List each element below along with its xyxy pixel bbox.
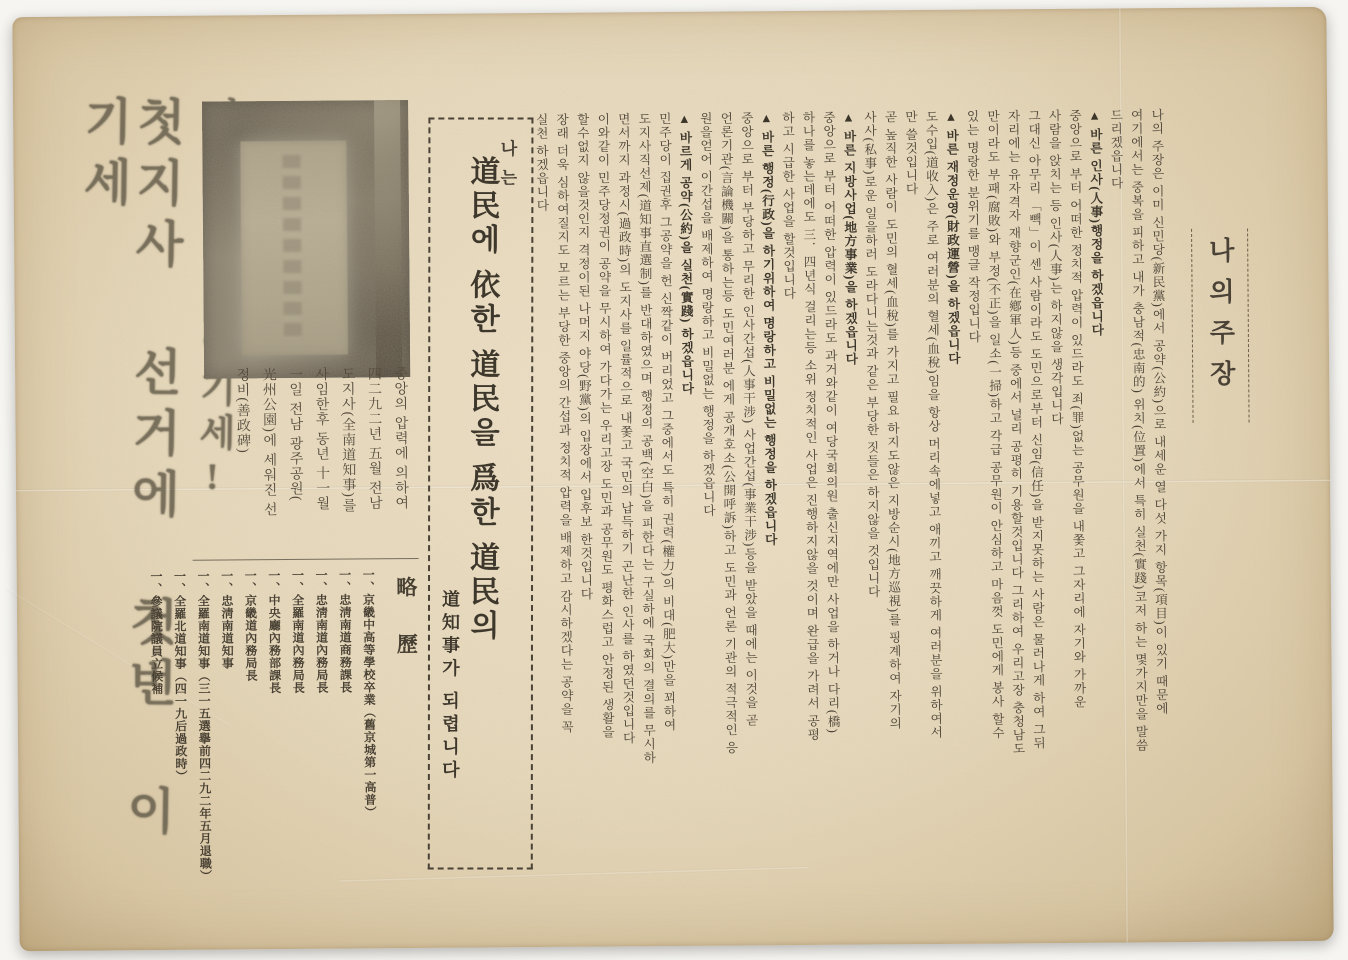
photo-caption: 중앙의 압력에 의하여四二九二년 五월 전남도지사(全南道知事)를사임한후 동년… (227, 366, 411, 567)
resume-item: 一、忠淸南道知事 (217, 569, 238, 895)
resume-item: 一、忠淸南道商務課長 (335, 569, 356, 895)
resume-item: 一、全羅南道知事（三一五選擧前四二九二年五月退職） (193, 570, 214, 896)
resume-item: 一、全羅南道內務局長 (288, 569, 309, 895)
photo-caption-line: 一일 전남 광주공원( (284, 367, 306, 567)
stele-shape (240, 141, 348, 356)
resume-item-list: 一、京畿中高等學校卒業（舊京城第一高普）一、忠淸南道商務課長一、忠淸南道內務局長… (146, 568, 379, 896)
photo-caption-line: 중앙의 압력에 의하여 (389, 366, 411, 566)
resume-item: 一、參議院議員立候補 (146, 570, 167, 896)
resume-section: 略歷 一、京畿中高等學校卒業（舊京城第一高普）一、忠淸南道商務課長一、忠淸南道內… (183, 568, 424, 896)
resume-item: 一、京畿中高等學校卒業（舊京城第一高普） (359, 568, 380, 894)
photo-caption-line: 四二九二년 五월 전남 (363, 366, 385, 566)
resume-item: 一、忠淸南道內務局長 (311, 569, 332, 895)
pledge-main-text: 道民에 依한 道民을 爲한 道民의 (459, 155, 503, 643)
resume-item: 一、京畿道內務局長 (241, 569, 262, 895)
photo-caption-line: 光州公園)에 세워진 선 (257, 367, 279, 567)
resume-item: 一、全羅北道知事（四一九后過政時） (170, 570, 191, 896)
leaflet-paper: 이기세! 이기세! 첫지사 선거에 첫번 이기세 중앙의 압력에 의하여四二九二… (12, 7, 1333, 951)
pledge-box: 나는 道民에 依한 道民을 爲한 道民의 道知事가 되렵니다 (428, 117, 534, 869)
monument-stele-photo (202, 100, 410, 379)
claims-body: 나의 주장은 이미 신민당(新民黨)에서 공약(公約)으로 내세운 열 다섯 가… (539, 108, 1171, 903)
pledge-tail-text: 道知事가 되렵니다 (437, 589, 463, 783)
claims-heading: 나의주장 (1191, 228, 1250, 422)
resume-item: 一、中央廳內務部課長 (264, 569, 285, 895)
photo-caption-line: 정비(善政碑) (231, 367, 253, 567)
resume-heading: 略歷 (389, 568, 423, 894)
photo-edge-shading (374, 100, 402, 377)
scanned-election-leaflet: 이기세! 이기세! 첫지사 선거에 첫번 이기세 중앙의 압력에 의하여四二九二… (0, 0, 1348, 960)
photo-caption-line: 도지사(全南道知事)를 (336, 366, 358, 566)
photo-caption-line: 사임한후 동년 十一월 (310, 367, 332, 567)
